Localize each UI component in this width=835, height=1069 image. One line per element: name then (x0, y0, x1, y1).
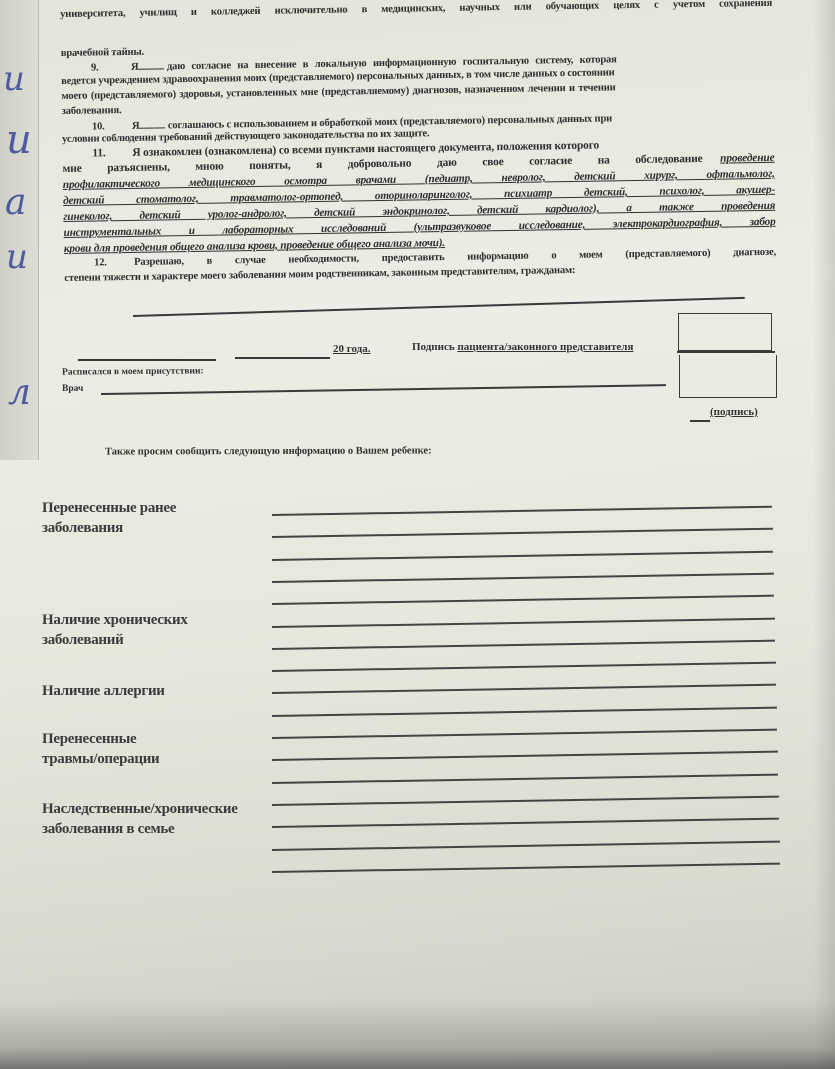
photo-bottom-shadow (0, 999, 835, 1069)
doctor-signature-box[interactable] (679, 355, 777, 398)
p9-name-blank[interactable] (138, 59, 164, 69)
question-chronic-illnesses: Наличие хронических заболеваний (42, 610, 188, 650)
p8-end: врачебной тайны. (61, 47, 144, 59)
date-day-line[interactable] (78, 359, 216, 361)
signature-box-divider (677, 351, 775, 353)
signature-label: Подпись пациента/законного представителя (412, 341, 633, 353)
margin-handwriting-3: а (5, 185, 26, 221)
year-label: 20 года. (333, 343, 370, 355)
margin-handwriting-5: л (8, 375, 31, 411)
patient-signature-box[interactable] (678, 313, 772, 351)
child-info-title: Также просим сообщить следующую информац… (105, 445, 432, 457)
margin-handwriting-4: и (6, 240, 28, 274)
margin-handwriting-2: и (6, 120, 32, 160)
p9-line4: заболевания. (62, 105, 122, 117)
page-right-edge-shadow (813, 0, 835, 1069)
signature-caption-line (690, 420, 710, 422)
p10-name-blank[interactable] (139, 118, 165, 128)
signature-caption: (подпись) (710, 406, 758, 418)
question-injuries-surgeries: Перенесенные травмы/операции (42, 729, 159, 769)
question-family-history: Наследственные/хронические заболевания в… (42, 799, 238, 839)
witness-label: Расписался в моем присутствии: (62, 366, 204, 377)
question-allergies: Наличие аллергии (42, 681, 165, 701)
date-month-line[interactable] (235, 357, 330, 359)
question-previous-illnesses: Перенесенные ранее заболевания (42, 498, 176, 538)
margin-handwriting-1: и (3, 62, 25, 96)
doctor-label: Врач (62, 384, 83, 394)
